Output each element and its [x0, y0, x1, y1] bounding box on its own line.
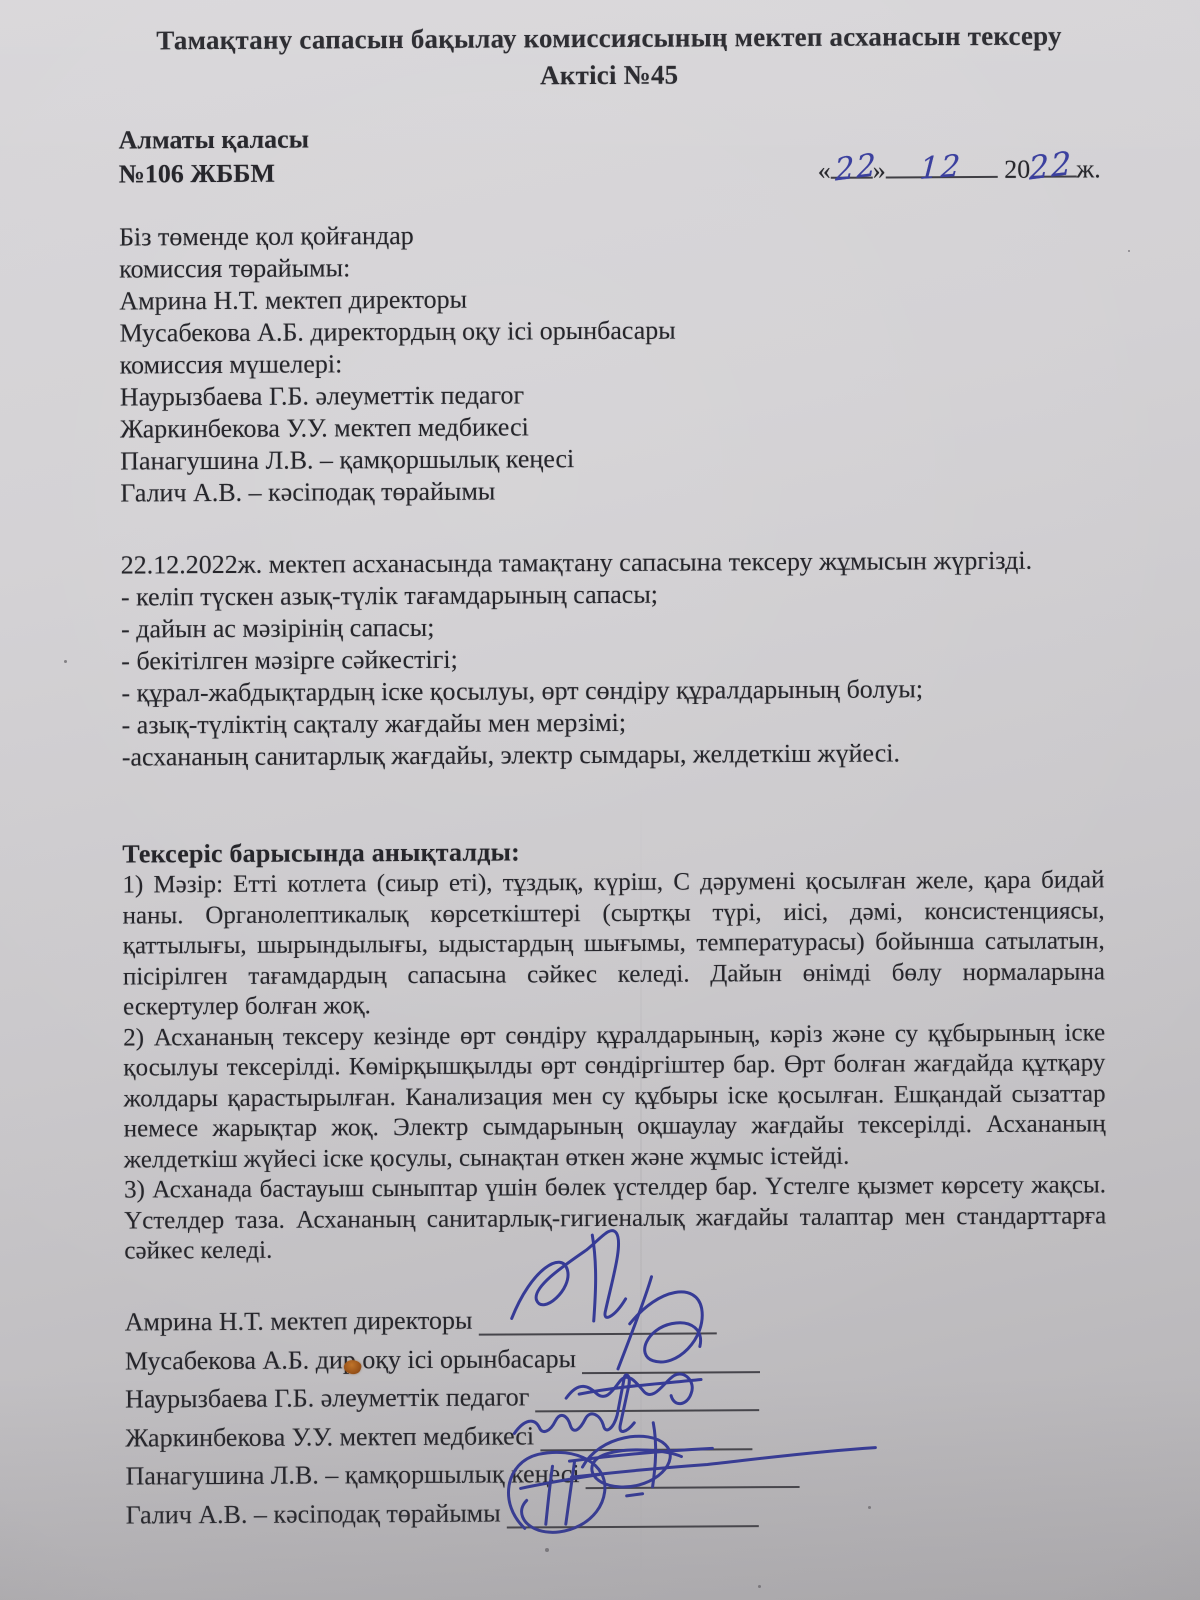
- paper-speck: [1128, 250, 1130, 252]
- commission-line: комиссия төрайымы:: [119, 248, 1101, 285]
- document-sheet: Тамақтану сапасын бақылау комиссиясының …: [0, 0, 1200, 1600]
- commission-line: Жаркинбекова У.У. мектеп медбикесі: [120, 408, 1102, 445]
- signature-row: Галич А.В. – кәсіподақ төрайымы: [126, 1486, 1108, 1530]
- date-era-suffix: ж.: [1076, 154, 1101, 183]
- paper-speck: [545, 1548, 549, 1552]
- inspection-item: - азық-түліктің сақталу жағдайы мен мерз…: [122, 704, 1104, 741]
- inspection-item: - дайын ас мәзірінің сапасы;: [121, 608, 1103, 645]
- commission-line: Амрина Н.Т. мектеп директоры: [119, 280, 1101, 317]
- date-month-handwritten: 12: [919, 149, 963, 186]
- signature-row: Наурызбаева Г.Б. әлеуметтік педагог: [125, 1371, 1107, 1415]
- date-day-handwritten: 22: [835, 148, 879, 188]
- paper-speck: [758, 1585, 761, 1588]
- finding-paragraph-2: 2) Асхананың тексеру кезінде өрт сөндіру…: [123, 1018, 1106, 1176]
- paper-speck: [868, 1506, 871, 1509]
- date-day-line: 22: [831, 177, 873, 179]
- inspection-item: - келіп түскен азық-түлік тағамдарының с…: [121, 576, 1103, 613]
- header-block: Алматы қаласы №106 ЖББМ «22»12 2022ж.: [118, 118, 1100, 191]
- signature-row: Амрина Н.Т. мектеп директоры: [125, 1294, 1107, 1338]
- inspection-list: 22.12.2022ж. мектеп асханасында тамақтан…: [121, 544, 1104, 773]
- commission-line: Панагушина Л.В. – қамқоршылық кеңесі: [120, 440, 1102, 477]
- inspection-intro: 22.12.2022ж. мектеп асханасында тамақтан…: [121, 544, 1103, 581]
- date-year-handwritten: 22: [1028, 146, 1073, 186]
- signature-line: [507, 1525, 759, 1528]
- findings-heading: Тексеріс барысында анықталды:: [122, 832, 1104, 870]
- finding-paragraph-3: 3) Асханада бастауыш сыныптар үшін бөлек…: [124, 1170, 1106, 1267]
- date-open-quote: «: [818, 156, 831, 185]
- commission-list: Біз төменде қол қойғандар комиссия төрай…: [119, 216, 1102, 509]
- document-photo: Тамақтану сапасын бақылау комиссиясының …: [0, 0, 1200, 1600]
- inspection-item: - бекітілген мәзірге сәйкестігі;: [121, 640, 1103, 677]
- date-month-line: 12: [886, 176, 998, 179]
- signature-block: Амрина Н.Т. мектеп директоры Мусабекова …: [125, 1294, 1108, 1530]
- commission-line: комиссия мүшелері:: [120, 344, 1102, 381]
- date-year-line: 22: [1030, 175, 1076, 177]
- act-number: Актісі №45: [118, 54, 1100, 96]
- signature-label: Амрина Н.Т. мектеп директоры: [125, 1306, 473, 1338]
- document-title: Тамақтану сапасын бақылау комиссиясының …: [118, 17, 1100, 96]
- paper-speck: [64, 660, 67, 663]
- date-field: «22»12 2022ж.: [818, 152, 1101, 187]
- inspection-item: -асхананың санитарлық жағдайы, электр сы…: [122, 736, 1104, 773]
- commission-line: Наурызбаева Г.Б. әлеуметтік педагог: [120, 376, 1102, 413]
- signature-label: Наурызбаева Г.Б. әлеуметтік педагог: [125, 1382, 529, 1414]
- signature-row: Жаркинбекова У.У. мектеп медбикесі: [125, 1409, 1107, 1453]
- signature-label: Панагушина Л.В. – қамқоршылық кеңесі: [125, 1459, 579, 1491]
- commission-line: Галич А.В. – кәсіподақ төрайымы: [120, 472, 1102, 509]
- school-name: №106 ЖББМ: [119, 157, 275, 192]
- signature-label: Жаркинбекова У.У. мектеп медбикесі: [125, 1421, 534, 1453]
- commission-line: Біз төменде қол қойғандар: [119, 216, 1101, 253]
- date-year-prefix: 20: [1004, 155, 1030, 184]
- signature-label: Галич А.В. – кәсіподақ төрайымы: [126, 1498, 501, 1530]
- finding-paragraph-1: 1) Мәзір: Етті котлета (сиыр еті), тұзды…: [122, 865, 1105, 1023]
- signature-row: Мусабекова А.Б. дир.оқу ісі орынбасары: [125, 1332, 1107, 1376]
- commission-line: Мусабекова А.Б. директордың оқу ісі орын…: [119, 312, 1101, 349]
- title-line-1: Тамақтану сапасын бақылау комиссиясының …: [118, 17, 1100, 59]
- inspection-item: - құрал-жабдықтардың іске қосылуы, өрт с…: [121, 672, 1103, 709]
- paper-speck: [262, 658, 264, 660]
- signature-row: Панагушина Л.В. – қамқоршылық кеңесі: [125, 1448, 1107, 1492]
